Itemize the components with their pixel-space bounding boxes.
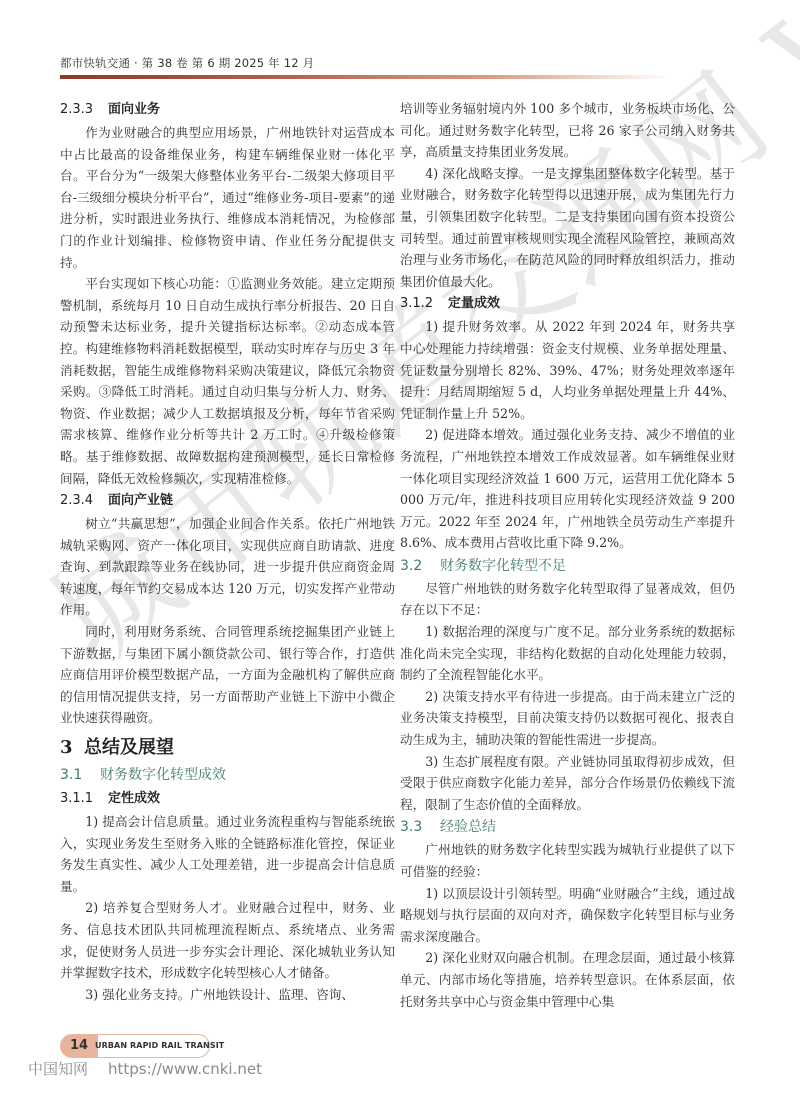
section-number: 3.1.1 <box>60 788 108 810</box>
paragraph: 2) 深化业财双向融合机制。在理念层面，通过最小核算单元、内部市场化等措施，培养… <box>400 947 735 1012</box>
paragraph: 4) 深化战略支撑。一是支撑集团整体数字化转型。基于业财融合，财务数字化转型得以… <box>400 163 735 293</box>
paragraph: 树立“共赢思想”，加强企业间合作关系。依托广州地铁城轨采购网、资产一体化项目，实… <box>60 513 395 621</box>
paragraph: 1) 数据治理的深度与广度不足。部分业务系统的数据标准化尚未完全实现，非结构化数… <box>400 621 735 686</box>
section-title: 定性成效 <box>108 791 160 806</box>
section-title: 面向产业链 <box>108 493 173 508</box>
running-header: 都市快轨交通 · 第 38 卷 第 6 期 2025 年 12 月 <box>60 55 314 71</box>
heading-3-1-2: 3.1.2定量成效 <box>400 293 735 315</box>
cnki-watermark: 中国知网https://www.cnki.net <box>28 1058 262 1079</box>
section-number: 2.3.4 <box>60 490 108 512</box>
section-title: 财务数字化转型不足 <box>440 558 566 574</box>
page-number: 14 <box>70 1038 88 1053</box>
section-number: 3.1.2 <box>400 293 448 315</box>
paragraph: 尽管广州地铁的财务数字化转型取得了显著成效，但仍存在以下不足： <box>400 578 735 621</box>
paragraph: 3) 生态扩展程度有限。产业链协同虽取得初步成效，但受限于供应商数字化能力差异，… <box>400 751 735 816</box>
paragraph: 3) 强化业务支持。广州地铁设计、监理、咨询、 <box>60 984 395 1006</box>
journal-english-name: URBAN RAPID RAIL TRANSIT <box>95 1041 224 1050</box>
cnki-url: https://www.cnki.net <box>108 1060 262 1078</box>
paragraph: 1) 以顶层设计引领转型。明确“业财融合”主线，通过战略规划与执行层面的双向对齐… <box>400 883 735 948</box>
heading-3-3: 3.3经验总结 <box>400 815 735 839</box>
section-title: 总结及展望 <box>84 737 174 758</box>
heading-3-1: 3.1财务数字化转型成效 <box>60 763 395 787</box>
paragraph: 2) 决策支持水平有待进一步提高。由于尚未建立广泛的业务决策支持模型，目前决策支… <box>400 686 735 751</box>
heading-2-3-3: 2.3.3面向业务 <box>60 99 395 121</box>
heading-3: 3总结及展望 <box>60 733 395 763</box>
paragraph: 广州地铁的财务数字化转型实践为城轨行业提供了以下可借鉴的经验： <box>400 839 735 882</box>
heading-3-2: 3.2财务数字化转型不足 <box>400 554 735 578</box>
section-number: 3.2 <box>400 554 440 578</box>
left-column: 2.3.3面向业务 作为业财融合的典型应用场景，广州地铁针对运营成本中占比最高的… <box>60 98 395 1005</box>
section-title: 定量成效 <box>448 296 500 311</box>
paragraph-continued: 培训等业务辐射境内外 100 多个城市，业务板块市场化、公司化。通过财务数字化转… <box>400 98 735 163</box>
paragraph: 1) 提高会计信息质量。通过业务流程重构与智能系统嵌入，实现业务发生至财务入账的… <box>60 811 395 897</box>
section-number: 3.1 <box>60 763 100 787</box>
paragraph: 同时，利用财务系统、合同管理系统挖掘集团产业链上下游数据，与集团下属小额贷款公司… <box>60 621 395 729</box>
section-title: 经验总结 <box>440 819 496 835</box>
paragraph: 1) 提升财务效率。从 2022 年到 2024 年，财务共享中心处理能力持续增… <box>400 316 735 424</box>
paragraph: 作为业财融合的典型应用场景，广州地铁针对运营成本中占比最高的设备维保业务，构建车… <box>60 122 395 273</box>
section-number: 3 <box>60 733 84 763</box>
cnki-label: 中国知网 <box>28 1060 88 1078</box>
section-title: 面向业务 <box>108 102 160 117</box>
paragraph: 2) 培养复合型财务人才。业财融合过程中，财务、业务、信息技术团队共同梳理流程断… <box>60 897 395 983</box>
right-column: 培训等业务辐射境内外 100 多个城市，业务板块市场化、公司化。通过财务数字化转… <box>400 98 735 1012</box>
header-rule <box>60 75 670 79</box>
section-title: 财务数字化转型成效 <box>100 767 226 783</box>
section-number: 2.3.3 <box>60 99 108 121</box>
paragraph: 平台实现如下核心功能：①监测业务效能。建立定期预警机制，系统每月 10 日自动生… <box>60 273 395 489</box>
heading-2-3-4: 2.3.4面向产业链 <box>60 490 395 512</box>
paragraph: 2) 促进降本增效。通过强化业务支持、减少不增值的业务流程，广州地铁控本增效工作… <box>400 424 735 554</box>
section-number: 3.3 <box>400 815 440 839</box>
heading-3-1-1: 3.1.1定性成效 <box>60 788 395 810</box>
